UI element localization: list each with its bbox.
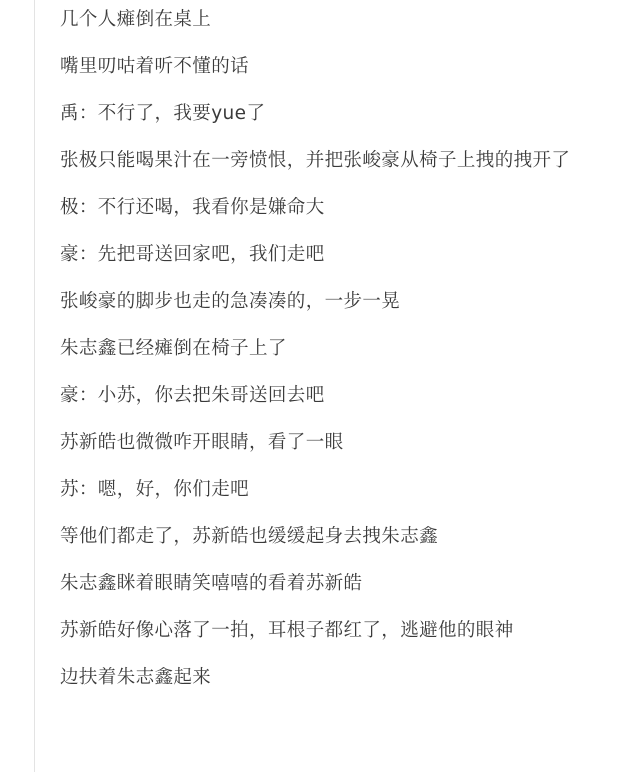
paragraph: 朱志鑫眯着眼睛笑嘻嘻的看着苏新皓 [60,569,600,599]
paragraph: 朱志鑫已经瘫倒在椅子上了 [60,334,600,364]
paragraph: 嘴里叨咕着听不懂的话 [60,52,600,82]
paragraph: 张极只能喝果汁在一旁愤恨，并把张峻豪从椅子上拽的拽开了 [60,146,600,176]
paragraph: 张峻豪的脚步也走的急凑凑的，一步一晃 [60,287,600,317]
paragraph: 豪：先把哥送回家吧，我们走吧 [60,240,600,270]
left-border-divider [34,0,35,772]
story-text: 几个人瘫倒在桌上 嘴里叨咕着听不懂的话 禹：不行了，我要yue了 张极只能喝果汁… [60,5,600,710]
paragraph: 边扶着朱志鑫起来 [60,663,600,693]
paragraph: 苏新皓也微微咋开眼睛，看了一眼 [60,428,600,458]
paragraph: 苏新皓好像心落了一拍，耳根子都红了，逃避他的眼神 [60,616,600,646]
paragraph: 等他们都走了，苏新皓也缓缓起身去拽朱志鑫 [60,522,600,552]
paragraph: 豪：小苏，你去把朱哥送回去吧 [60,381,600,411]
document-page: 几个人瘫倒在桌上 嘴里叨咕着听不懂的话 禹：不行了，我要yue了 张极只能喝果汁… [0,0,640,772]
paragraph: 苏：嗯，好，你们走吧 [60,475,600,505]
paragraph: 几个人瘫倒在桌上 [60,5,600,35]
paragraph: 禹：不行了，我要yue了 [60,99,600,129]
paragraph: 极：不行还喝，我看你是嫌命大 [60,193,600,223]
